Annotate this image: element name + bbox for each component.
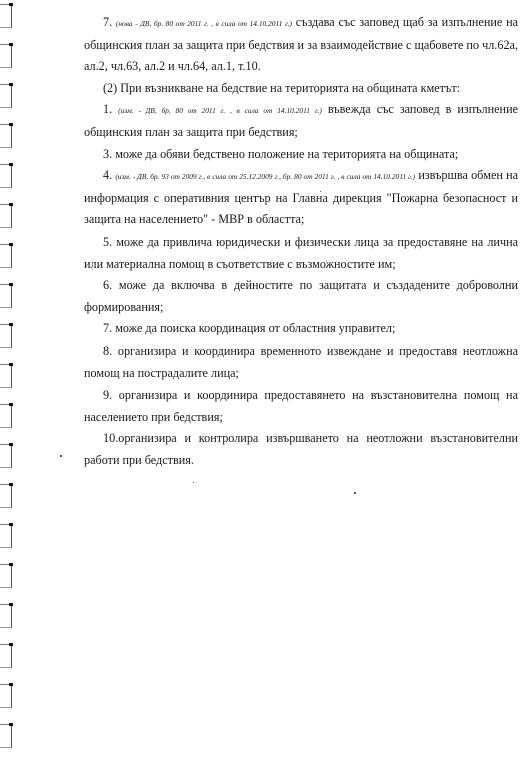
paragraph-item-7-new: 7. (нова - ДВ, бр. 80 от 2011 г. , в сил… [84,12,518,78]
binder-ring-mark [0,4,12,28]
binder-ring-mark [0,124,12,148]
item-number: 1. [103,102,112,116]
binder-ring-mark [0,564,12,588]
scan-speck [60,455,62,457]
item-number: 6. [103,278,112,292]
paragraph-item-5: 5. може да привлича юридически и физичес… [84,232,518,275]
binder-ring-mark [0,244,12,268]
scan-speck [320,191,321,192]
paragraph-text: организира и координира предоставянето н… [84,388,518,424]
amendment-note: (изм. - ДВ, бр. 80 от 2011 г. , в сила о… [118,106,322,115]
paragraph-text: може да обяви бедствено положение на тер… [115,147,458,161]
binder-holes [0,0,16,768]
binder-ring-mark [0,324,12,348]
binder-ring-mark [0,444,12,468]
paragraph-item-4: 4. (изм. - ДВ, бр. 93 от 2009 г., в сила… [84,165,518,231]
binder-ring-mark [0,604,12,628]
item-number: 9. [103,388,112,402]
paragraph-item-7: 7. може да поиска координация от областн… [84,318,518,340]
paragraph-text: може да привлича юридически и физически … [84,235,518,271]
binder-ring-mark [0,204,12,228]
item-number: 10. [103,431,118,445]
scan-speck [354,492,356,494]
paragraph-item-8: 8. организира и координира временното из… [84,341,518,384]
paragraph-text: може да поиска координация от областния … [115,321,395,335]
paragraph-item-10: 10.организира и контролира извършването … [84,428,518,471]
item-number: 8. [103,344,112,358]
item-number: 5. [103,235,112,249]
paragraph-text: организира и координира временното извеж… [84,344,518,380]
item-number: 7. [103,321,112,335]
binder-ring-mark [0,284,12,308]
binder-ring-mark [0,84,12,108]
item-number: 3. [103,147,112,161]
binder-ring-mark [0,164,12,188]
scan-speck [193,482,194,483]
binder-ring-mark [0,44,12,68]
binder-ring-mark [0,404,12,428]
paragraph-item-3: 3. може да обяви бедствено положение на … [84,144,518,166]
binder-ring-mark [0,644,12,668]
amendment-note: (нова - ДВ, бр. 80 от 2011 г. , в сила о… [116,19,292,28]
paragraph-section-2: (2) При възникване на бедствие на терито… [84,78,518,100]
document-page: 7. (нова - ДВ, бр. 80 от 2011 г. , в сил… [84,12,518,471]
paragraph-text: организира и контролира извършването на … [84,431,518,467]
binder-ring-mark [0,364,12,388]
amendment-note: (изм. - ДВ, бр. 93 от 2009 г., в сила от… [115,172,415,181]
paragraph-text: може да включва в дейностите по защитата… [84,278,518,314]
binder-ring-mark [0,484,12,508]
paragraph-item-9: 9. организира и координира предоставянет… [84,385,518,428]
binder-ring-mark [0,524,12,548]
paragraph-item-1: 1. (изм. - ДВ, бр. 80 от 2011 г. , в сил… [84,99,518,143]
paragraph-item-6: 6. може да включва в дейностите по защит… [84,275,518,318]
binder-ring-mark [0,684,12,708]
binder-ring-mark [0,724,12,748]
paragraph-text: (2) При възникване на бедствие на терито… [103,81,460,95]
item-number: 7. [103,15,112,29]
item-number: 4. [103,168,112,182]
